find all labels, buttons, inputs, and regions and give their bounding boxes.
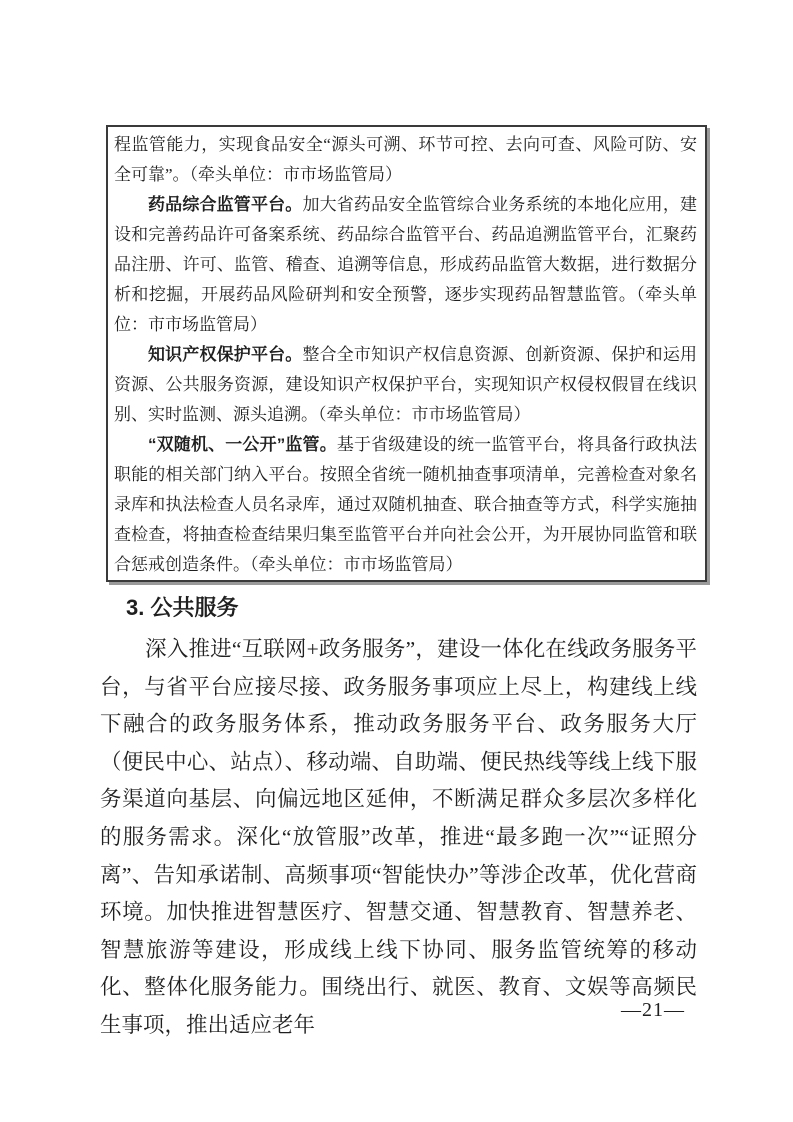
- box-paragraph-ip-platform: 知识产权保护平台。整合全市知识产权信息资源、创新资源、保护和运用资源、公共服务资…: [114, 340, 697, 430]
- box-paragraph-lead: 知识产权保护平台。: [148, 345, 302, 364]
- body-paragraph: 深入推进“互联网+政务服务”，建设一体化在线政务服务平台，与省平台应接尽接、政务…: [100, 631, 697, 1045]
- box-paragraph-text: 加大省药品安全监管综合业务系统的本地化应用，建设和完善药品许可备案系统、药品综合…: [114, 195, 697, 334]
- section-heading-public-services: 3. 公共服务: [126, 593, 238, 623]
- box-paragraph-text: 基于省级建设的统一监管平台，将具备行政执法职能的相关部门纳入平台。按照全省统一随…: [114, 435, 697, 574]
- document-page: 程监管能力，实现食品安全“源头可溯、环节可控、去向可查、风险可防、安全可靠”。（…: [0, 0, 793, 1122]
- box-paragraph-lead: “双随机、一公开”监管。: [148, 435, 337, 454]
- page-number: —21—: [621, 998, 685, 1022]
- box-paragraph-continuation: 程监管能力，实现食品安全“源头可溯、环节可控、去向可查、风险可防、安全可靠”。（…: [114, 130, 697, 190]
- box-paragraph-random-inspection: “双随机、一公开”监管。基于省级建设的统一监管平台，将具备行政执法职能的相关部门…: [114, 430, 697, 580]
- box-paragraph-drug-platform: 药品综合监管平台。加大省药品安全监管综合业务系统的本地化应用，建设和完善药品许可…: [114, 190, 697, 340]
- box-paragraph-text: 程监管能力，实现食品安全“源头可溯、环节可控、去向可查、风险可防、安全可靠”。（…: [114, 135, 697, 184]
- framed-text-box: 程监管能力，实现食品安全“源头可溯、环节可控、去向可查、风险可防、安全可靠”。（…: [106, 125, 707, 582]
- box-paragraph-lead: 药品综合监管平台。: [148, 195, 302, 214]
